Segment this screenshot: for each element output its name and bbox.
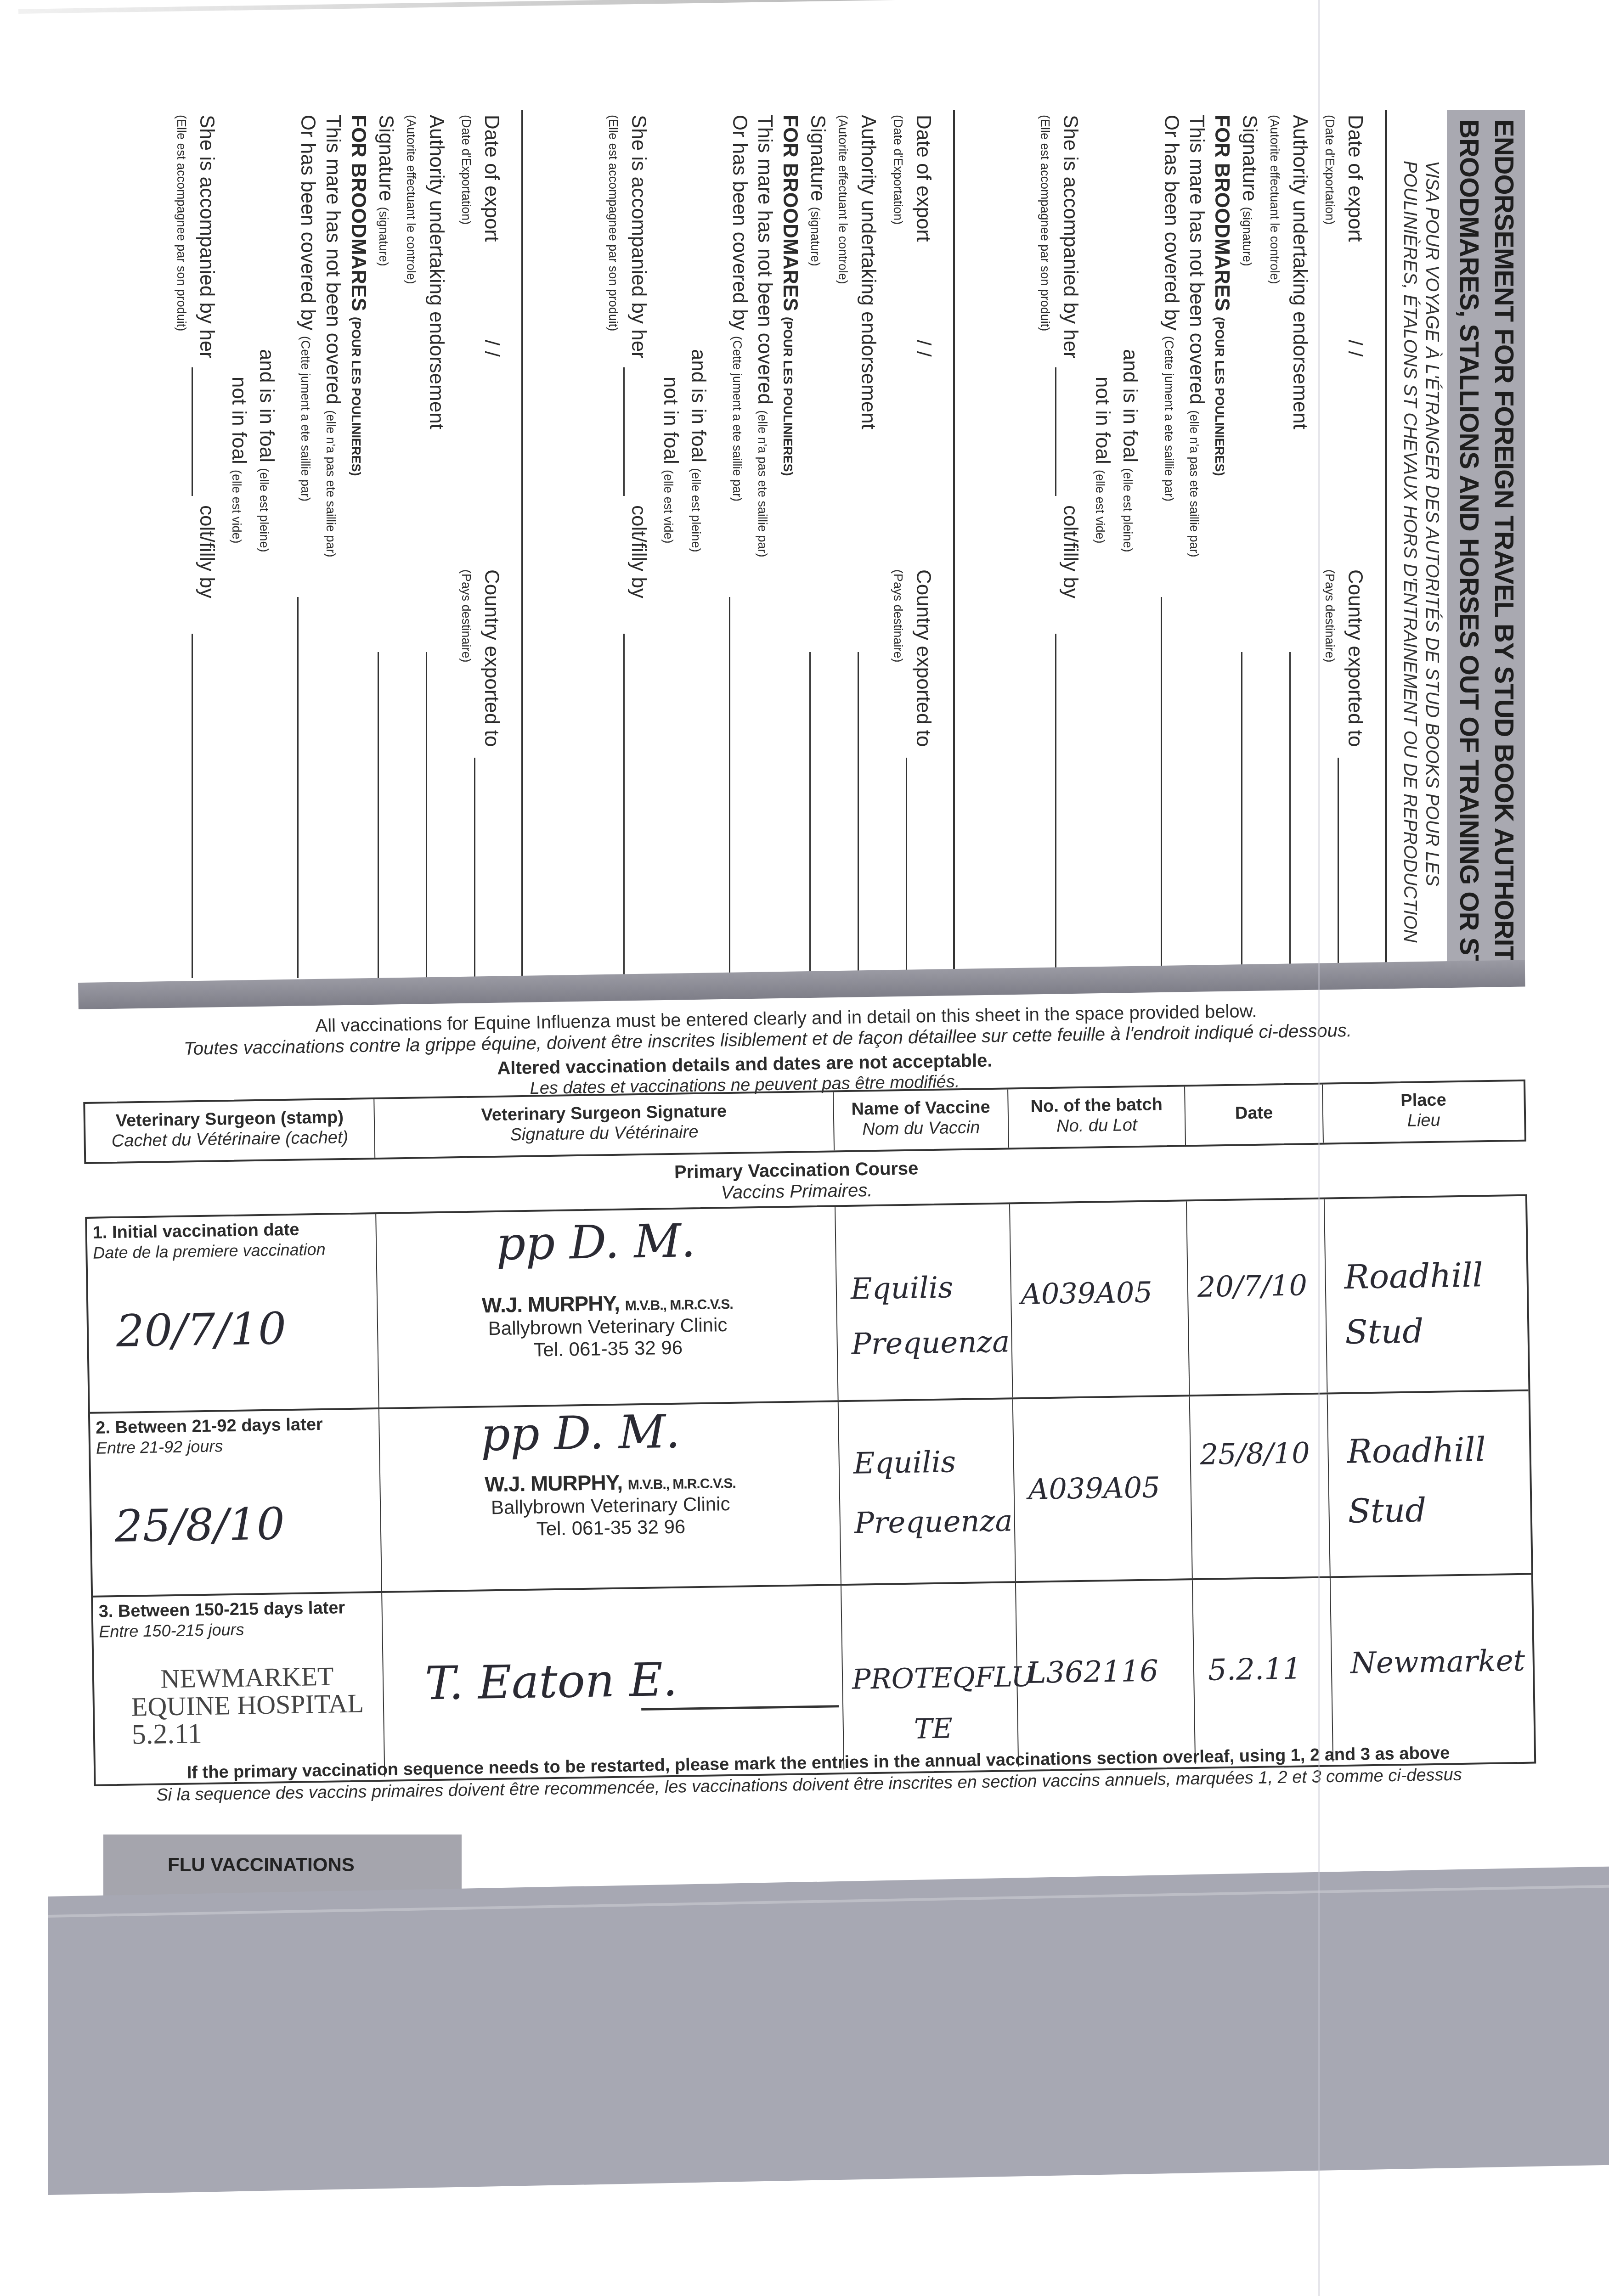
place-cell[interactable]: Roadhill Stud — [1328, 1391, 1531, 1576]
scan-background-strip — [48, 1867, 1609, 2195]
vaccination-place: Newmarket — [1350, 1644, 1525, 1681]
vaccination-date: 5.2.11 — [1208, 1652, 1302, 1687]
col-vet-signature: Veterinary Surgeon SignatureSignature du… — [374, 1092, 835, 1158]
stage-cell[interactable]: 2. Between 21-92 days later Entre 21-92 … — [90, 1409, 382, 1596]
signature-cell[interactable]: T. Eaton E. — [382, 1586, 844, 1777]
vaccine-name: Equilis Prequenza — [853, 1431, 1011, 1553]
vaccination-place: Roadhill Stud — [1344, 1247, 1520, 1360]
batch-cell[interactable]: A039A05 — [1010, 1201, 1190, 1397]
col-batch-no: No. of the batchNo. du Lot — [1008, 1086, 1186, 1148]
stage-label: 1. Initial vaccination date — [92, 1220, 299, 1243]
date-cell[interactable]: 20/7/10 — [1187, 1199, 1328, 1395]
stage-label: 2. Between 21-92 days later — [96, 1415, 323, 1438]
vaccination-date: 20/7/10 — [1197, 1268, 1307, 1304]
vaccination-date: 25/8/10 — [1200, 1436, 1310, 1471]
table-row: 2. Between 21-92 days later Entre 21-92 … — [90, 1391, 1531, 1598]
stage-label-fr: Date de la premiere vaccination — [93, 1240, 326, 1263]
primary-course-title: Primary Vaccination Course Vaccins Prima… — [543, 1156, 1049, 1206]
section-tab-label: FLU VACCINATIONS — [168, 1854, 355, 1876]
hospital-stamp: NEWMARKET EQUINE HOSPITAL 5.2.11 — [131, 1662, 365, 1749]
place-cell[interactable]: Newmarket — [1331, 1575, 1534, 1762]
vaccine-cell[interactable]: Equilis Prequenza — [839, 1399, 1016, 1584]
vet-stamp: W.J. MURPHY, M.V.B., M.R.C.V.S. Ballybro… — [380, 1466, 841, 1542]
place-cell[interactable]: Roadhill Stud — [1325, 1196, 1529, 1393]
signature-cell[interactable]: pp D. M. W.J. MURPHY, M.V.B., M.R.C.V.S.… — [379, 1402, 841, 1591]
stage-label-fr: Entre 21-92 jours — [96, 1436, 223, 1458]
vaccine-cell[interactable]: Equilis Prequenza — [836, 1204, 1013, 1400]
batch-number: L362116 — [1026, 1654, 1158, 1690]
vaccination-place: Roadhill Stud — [1347, 1419, 1523, 1541]
batch-number: A039A05 — [1021, 1275, 1153, 1311]
col-vaccine-name: Name of VaccineNom du Vaccin — [834, 1089, 1009, 1150]
vet-stamp: W.J. MURPHY, M.V.B., M.R.C.V.S. Ballybro… — [378, 1287, 838, 1363]
date-cell[interactable]: 5.2.11 — [1193, 1578, 1333, 1764]
stage-cell[interactable]: 3. Between 150-215 days later Entre 150-… — [93, 1593, 385, 1781]
table-row: 1. Initial vaccination date Date de la p… — [87, 1196, 1528, 1414]
batch-cell[interactable]: L362116 — [1016, 1580, 1196, 1767]
batch-cell[interactable]: A039A05 — [1013, 1396, 1193, 1581]
col-date: Date — [1185, 1085, 1324, 1145]
stage-cell[interactable]: 1. Initial vaccination date Date de la p… — [87, 1214, 379, 1412]
batch-number: A039A05 — [1028, 1470, 1160, 1506]
vaccine-name: Equilis Prequenza — [850, 1259, 1008, 1372]
vet-signature: T. Eaton E. — [424, 1653, 677, 1711]
stage-label: 3. Between 150-215 days later — [98, 1598, 345, 1621]
col-place: PlaceLieu — [1323, 1081, 1524, 1143]
handwritten-date: 20/7/10 — [116, 1303, 287, 1357]
vaccine-name: PROTEQFLU TE — [852, 1652, 1014, 1755]
vet-signature: pp D. M. — [496, 1214, 696, 1271]
signature-cell[interactable]: pp D. M. W.J. MURPHY, M.V.B., M.R.C.V.S.… — [376, 1207, 838, 1407]
col-vet-stamp: Veterinary Surgeon (stamp)Cachet du Vété… — [85, 1099, 375, 1162]
stage-label-fr: Entre 150-215 jours — [99, 1620, 244, 1642]
vet-signature: pp D. M. — [480, 1405, 681, 1462]
flu-vaccinations-section: All vaccinations for Equine Influenza mu… — [0, 0, 1609, 2296]
handwritten-date: 25/8/10 — [114, 1498, 285, 1552]
vaccine-cell[interactable]: PROTEQFLU TE — [841, 1583, 1019, 1769]
date-cell[interactable]: 25/8/10 — [1190, 1395, 1331, 1579]
page-crease — [1318, 0, 1320, 2296]
